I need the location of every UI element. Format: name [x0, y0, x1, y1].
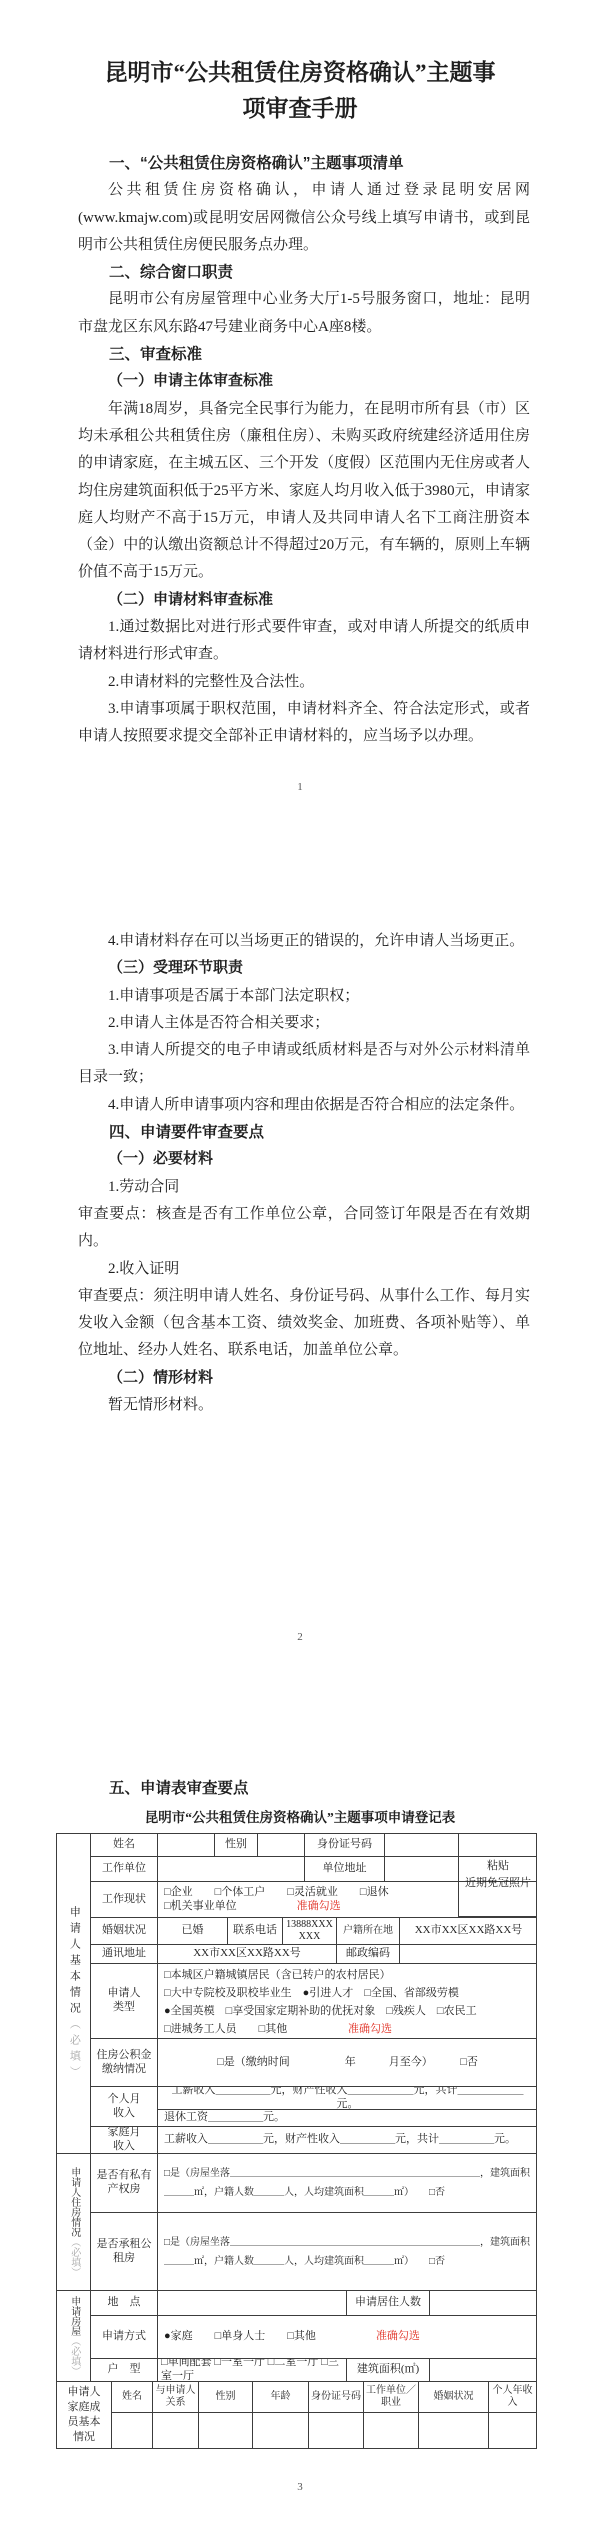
mailing-address-label: 通讯地址: [91, 1945, 158, 1963]
residents-count-label: 申请居住人数: [347, 2291, 430, 2315]
applicant-type-label: 申请人 类型: [91, 1964, 158, 2038]
employer-label: 工作单位: [91, 1857, 158, 1881]
apply-mode-options: ●家庭 □单身人士 □其他 准确勾选: [158, 2316, 537, 2358]
acceptance-item-4: 4.申请人所申请事项内容和理由依据是否符合相应的法定条件。: [78, 1092, 530, 1119]
family-cell-gender: [199, 2413, 253, 2448]
heading-section-3-3: （三）受理环节职责: [78, 955, 530, 982]
row-unit-type: 户 型 □单间配套 □一室一厅 □二室一厅 □三室一厅 建筑面积(㎡): [91, 2358, 537, 2381]
mailing-address-value: XX市XX区XX路XX号: [158, 1945, 337, 1963]
row-applicant-type: 申请人 类型 □本城区户籍城镇居民（含已转户的农村居民） □大中专院校及职校毕业…: [91, 1963, 537, 2038]
paragraph-section-4-2: 暂无情形材料。: [78, 1392, 530, 1419]
material-review-item-1: 1.通过数据比对进行形式要件审查，或对申请人所提交的纸质申请材料进行形式审查。: [78, 614, 530, 669]
photo-note-line2: 近期免冠照片: [465, 1875, 531, 1892]
heading-section-3-2: （二）申请材料审查标准: [78, 587, 530, 614]
id-number-value-cell: [385, 1834, 458, 1856]
applicant-type-line4-options: □进城务工人员 □其他: [164, 2023, 287, 2035]
row-apply-mode: 申请方式 ●家庭 □单身人士 □其他 准确勾选: [91, 2315, 537, 2358]
page-number-3: 3: [0, 2481, 600, 2493]
section-applicant-basic-info: 申请人基本情况（必填） 粘贴 近期免冠照片 姓名 性别 身份证号码 工作单位: [57, 1834, 536, 2153]
family-header-gender: 性别: [199, 2382, 253, 2412]
housing-fund-label: 住房公积金 缴纳情况: [91, 2039, 158, 2086]
material-review-item-2: 2.申请材料的完整性及合法性。: [78, 669, 530, 696]
family-cell-income: [489, 2413, 536, 2448]
private-property-label: 是否有私有 产权房: [91, 2154, 158, 2212]
employer-value-cell: [158, 1857, 305, 1881]
marital-status-value: 已婚: [158, 1918, 228, 1944]
row-mailing-address: 通讯地址 XX市XX区XX路XX号 邮政编码: [91, 1944, 537, 1963]
private-property-label-line1: 是否有私有: [91, 2169, 157, 2183]
location-label: 地 点: [91, 2291, 158, 2315]
family-cell-id: [309, 2413, 364, 2448]
acceptance-item-1: 1.申请事项是否属于本部门法定职权；: [78, 983, 530, 1010]
personal-income-line1: 工薪收入＿＿＿＿＿元，财产性收入＿＿＿＿＿＿元，共计＿＿＿＿＿＿元。: [158, 2087, 537, 2109]
accurate-tick-note-3: 准确勾选: [376, 2330, 420, 2344]
family-header-age: 年龄: [253, 2382, 309, 2412]
section3-vertical-label: 申请房屋（必填）: [57, 2291, 91, 2381]
material-2-title: 2.收入证明: [78, 1256, 530, 1283]
gender-value-cell: [258, 1834, 305, 1856]
row-housing-fund: 住房公积金 缴纳情况 □是（缴纳时间 年 月至今） □否: [91, 2038, 537, 2086]
section-applicant-housing: 申请人住房情况（必填） 是否有私有 产权房 □是（房屋坐落＿＿＿＿＿＿＿＿＿＿＿…: [57, 2153, 536, 2290]
personal-income-label-line2: 收入: [91, 2107, 157, 2121]
family-header-employer: 工作单位／职业: [364, 2382, 419, 2412]
family-header-name: 姓名: [112, 2382, 153, 2412]
material-review-item-4: 4.申请材料存在可以当场更正的错误的，允许申请人当场更正。: [78, 928, 530, 955]
employer-address-value-cell: [385, 1857, 458, 1881]
row-personal-income: 个人月 收入 工薪收入＿＿＿＿＿元，财产性收入＿＿＿＿＿＿元，共计＿＿＿＿＿＿元…: [91, 2086, 537, 2126]
residents-count-value: [430, 2291, 537, 2315]
work-status-options: □企业 □个体工户 □灵活就业 □退休 □机关事业单位 准确勾选: [158, 1882, 458, 1917]
document-title-line2: 项审查手册: [20, 91, 580, 127]
photo-note-line1: 粘贴: [487, 1858, 509, 1875]
document-title: 昆明市“公共租赁住房资格确认”主题事 项审查手册: [20, 55, 580, 127]
heading-section-4-2: （二）情形材料: [78, 1365, 530, 1392]
family-header-income: 个人年收入: [489, 2382, 536, 2412]
material-1-title: 1.劳动合同: [78, 1174, 530, 1201]
photo-paste-area: 粘贴 近期免冠照片: [458, 1834, 537, 1917]
accurate-tick-note-1: 准确勾选: [297, 1900, 341, 1914]
family-cell-marital: [419, 2413, 489, 2448]
housing-fund-label-line1: 住房公积金: [91, 2049, 157, 2063]
family-income-values: 工薪收入＿＿＿＿＿元，财产性收入＿＿＿＿＿元，共计＿＿＿＿＿元。: [158, 2127, 537, 2153]
section1-required-text: （必填）: [67, 2018, 81, 2082]
family-cell-name: [112, 2413, 153, 2448]
section2-required-text: （必填）: [67, 2237, 80, 2277]
personal-income-values: 工薪收入＿＿＿＿＿元，财产性收入＿＿＿＿＿＿元，共计＿＿＿＿＿＿元。 退休工资＿…: [158, 2087, 537, 2126]
family-cell-age: [253, 2413, 309, 2448]
personal-income-label: 个人月 收入: [91, 2087, 158, 2126]
work-status-options-line1: □企业 □个体工户 □灵活就业 □退休: [158, 1886, 458, 1900]
section4-label-line1: 申请人: [68, 2385, 101, 2400]
section2-vertical-label: 申请人住房情况（必填）: [57, 2154, 91, 2290]
section3-label-text: 申请房屋: [67, 2296, 80, 2336]
hukou-location-label: 户籍所在地: [337, 1918, 400, 1944]
page-number-1: 1: [0, 781, 600, 793]
section1-vertical-label: 申请人基本情况（必填）: [57, 1834, 91, 2153]
page-1-content: 一、“公共租赁住房资格确认”主题事项清单 公共租赁住房资格确认，申请人通过登录昆…: [78, 150, 530, 751]
acceptance-item-2: 2.申请人主体是否符合相关要求；: [78, 1010, 530, 1037]
applicant-type-line4: □进城务工人员 □其他 准确勾选: [164, 2020, 531, 2038]
work-status-label: 工作现状: [91, 1882, 158, 1917]
acceptance-item-3: 3.申请人所提交的电子申请或纸质材料是否与对外公示材料清单目录一致；: [78, 1037, 530, 1092]
location-value-cell: [158, 2291, 347, 2315]
family-header-id: 身份证号码: [309, 2382, 364, 2412]
public-rental-label-line2: 租房: [91, 2252, 157, 2266]
name-label: 姓名: [91, 1834, 158, 1856]
section4-label-line4: 情况: [68, 2430, 101, 2445]
private-property-label-line2: 产权房: [91, 2183, 157, 2197]
material-1-points: 审查要点：核查是否有工作单位公章，合同签订年限是否在有效期内。: [78, 1201, 530, 1256]
gender-label: 性别: [215, 1834, 258, 1856]
section-requested-dwelling: 申请房屋（必填） 地 点 申请居住人数 申请方式 ●家庭 □单身人士 □其他 准…: [57, 2290, 536, 2381]
row-marital-contact: 婚姻状况 已婚 联系电话 13888XXXXXX 户籍所在地 XX市XX区XX路…: [91, 1917, 537, 1944]
family-header-relation: 与申请人关系: [153, 2382, 199, 2412]
public-rental-label-line1: 是否承租公: [91, 2238, 157, 2252]
section4-label-line3: 员基本: [68, 2415, 101, 2430]
section4-label: 申请人 家庭成 员基本 情况: [57, 2382, 112, 2448]
applicant-type-options: □本城区户籍城镇居民（含已转户的农村居民） □大中专院校及职校毕业生 ●引进人才…: [158, 1964, 537, 2038]
postal-code-value: [400, 1945, 537, 1963]
private-property-options: □是（房屋坐落＿＿＿＿＿＿＿＿＿＿＿＿＿＿＿＿＿＿＿＿＿＿＿＿＿，建筑面积＿＿＿…: [158, 2154, 537, 2212]
row-family-income: 家庭月 收入 工薪收入＿＿＿＿＿元，财产性收入＿＿＿＿＿元，共计＿＿＿＿＿元。: [91, 2126, 537, 2153]
section4-label-line2: 家庭成: [68, 2400, 101, 2415]
applicant-type-label-line1: 申请人: [91, 1987, 157, 2001]
page-number-2: 2: [0, 1631, 600, 1643]
heading-section-4: 四、申请要件审查要点: [78, 1119, 530, 1146]
section3-required-text: （必填）: [67, 2336, 80, 2376]
section1-label-text: 申请人基本情况: [67, 1906, 81, 2018]
document-canvas: 昆明市“公共租赁住房资格确认”主题事 项审查手册 一、“公共租赁住房资格确认”主…: [0, 0, 600, 2546]
section-family-members: 申请人 家庭成 员基本 情况 姓名 与申请人关系 性别 年龄 身份证号码 工作单…: [57, 2381, 536, 2448]
personal-income-line2: 退休工资＿＿＿＿＿元。: [158, 2109, 537, 2126]
paragraph-section-1: 公共租赁住房资格确认，申请人通过登录昆明安居网(www.kmajw.com)或昆…: [78, 177, 530, 259]
work-status-options-line2: □机关事业单位 准确勾选: [158, 1900, 458, 1914]
row-private-property: 是否有私有 产权房 □是（房屋坐落＿＿＿＿＿＿＿＿＿＿＿＿＿＿＿＿＿＿＿＿＿＿＿…: [91, 2154, 537, 2212]
heading-section-1: 一、“公共租赁住房资格确认”主题事项清单: [78, 150, 530, 177]
family-table-empty-row: [112, 2412, 536, 2448]
heading-section-5: 五、申请表审查要点: [78, 1775, 530, 1802]
accurate-tick-note-2: 准确勾选: [348, 2023, 392, 2035]
applicant-type-line2: □大中专院校及职校毕业生 ●引进人才 □全国、省部级劳模: [164, 1984, 531, 2002]
apply-mode-label: 申请方式: [91, 2316, 158, 2358]
contact-phone-label: 联系电话: [228, 1918, 283, 1944]
heading-section-2: 二、综合窗口职责: [78, 259, 530, 286]
apply-mode-options-text: ●家庭 □单身人士 □其他: [164, 2330, 316, 2344]
row-location: 地 点 申请居住人数: [91, 2291, 537, 2315]
housing-fund-options: □是（缴纳时间 年 月至今） □否: [158, 2039, 537, 2086]
applicant-type-label-line2: 类型: [91, 2001, 157, 2015]
applicant-type-line1: □本城区户籍城镇居民（含已转户的农村居民）: [164, 1966, 531, 1984]
personal-income-label-line1: 个人月: [91, 2093, 157, 2107]
section2-label-text: 申请人住房情况: [67, 2167, 80, 2237]
page-2-content: 4.申请材料存在可以当场更正的错误的，允许申请人当场更正。 （三）受理环节职责 …: [78, 928, 530, 1419]
family-income-label-line1: 家庭月: [91, 2127, 157, 2140]
registration-form-table: 申请人基本情况（必填） 粘贴 近期免冠照片 姓名 性别 身份证号码 工作单位: [56, 1833, 537, 2449]
document-title-line1: 昆明市“公共租赁住房资格确认”主题事: [20, 55, 580, 91]
family-income-label: 家庭月 收入: [91, 2127, 158, 2153]
family-cell-relation: [153, 2413, 199, 2448]
applicant-type-line3: ●全国英模 □享受国家定期补助的优抚对象 □残疾人 □农民工: [164, 2002, 531, 2020]
contact-phone-value: 13888XXXXXX: [283, 1918, 337, 1944]
hukou-location-value: XX市XX区XX路XX号: [400, 1918, 537, 1944]
paragraph-section-2: 昆明市公有房屋管理中心业务大厅1-5号服务窗口，地址：昆明市盘龙区东风东路47号…: [78, 286, 530, 341]
work-status-option-gov: □机关事业单位: [164, 1900, 237, 1914]
material-2-points: 审查要点：须注明申请人姓名、身份证号码、从事什么工作、每月实发收入金额（包含基本…: [78, 1283, 530, 1365]
material-review-item-3: 3.申请事项属于职权范围，申请材料齐全、符合法定形式，或者申请人按照要求提交全部…: [78, 696, 530, 751]
registration-form-title: 昆明市“公共租赁住房资格确认”主题事项申请登记表: [20, 1806, 580, 1826]
family-table-header-row: 姓名 与申请人关系 性别 年龄 身份证号码 工作单位／职业 婚姻状况 个人年收入: [112, 2382, 536, 2412]
family-income-label-line2: 收入: [91, 2140, 157, 2153]
id-number-label: 身份证号码: [305, 1834, 385, 1856]
row-public-rental: 是否承租公 租房 □是（房屋坐落＿＿＿＿＿＿＿＿＿＿＿＿＿＿＿＿＿＿＿＿＿＿＿＿…: [91, 2212, 537, 2290]
housing-fund-label-line2: 缴纳情况: [91, 2063, 157, 2077]
heading-section-3: 三、审查标准: [78, 341, 530, 368]
building-area-value: [430, 2359, 537, 2381]
heading-section-4-1: （一）必要材料: [78, 1146, 530, 1173]
unit-type-options: □单间配套 □一室一厅 □二室一厅 □三室一厅: [158, 2359, 347, 2381]
building-area-label: 建筑面积(㎡): [347, 2359, 430, 2381]
paragraph-section-3-1: 年满18周岁，具备完全民事行为能力，在昆明市所有县（市）区均未承租公共租赁住房（…: [78, 396, 530, 587]
page-3-content: 五、申请表审查要点: [78, 1775, 530, 1802]
name-value-cell: [158, 1834, 215, 1856]
unit-type-label: 户 型: [91, 2359, 158, 2381]
family-header-marital: 婚姻状况: [419, 2382, 489, 2412]
public-rental-options: □是（房屋坐落＿＿＿＿＿＿＿＿＿＿＿＿＿＿＿＿＿＿＿＿＿＿＿＿＿，建筑面积＿＿＿…: [158, 2213, 537, 2290]
postal-code-label: 邮政编码: [337, 1945, 400, 1963]
public-rental-label: 是否承租公 租房: [91, 2213, 158, 2290]
marital-status-label: 婚姻状况: [91, 1918, 158, 1944]
employer-address-label: 单位地址: [305, 1857, 385, 1881]
family-cell-employer: [364, 2413, 419, 2448]
heading-section-3-1: （一）申请主体审查标准: [78, 368, 530, 395]
